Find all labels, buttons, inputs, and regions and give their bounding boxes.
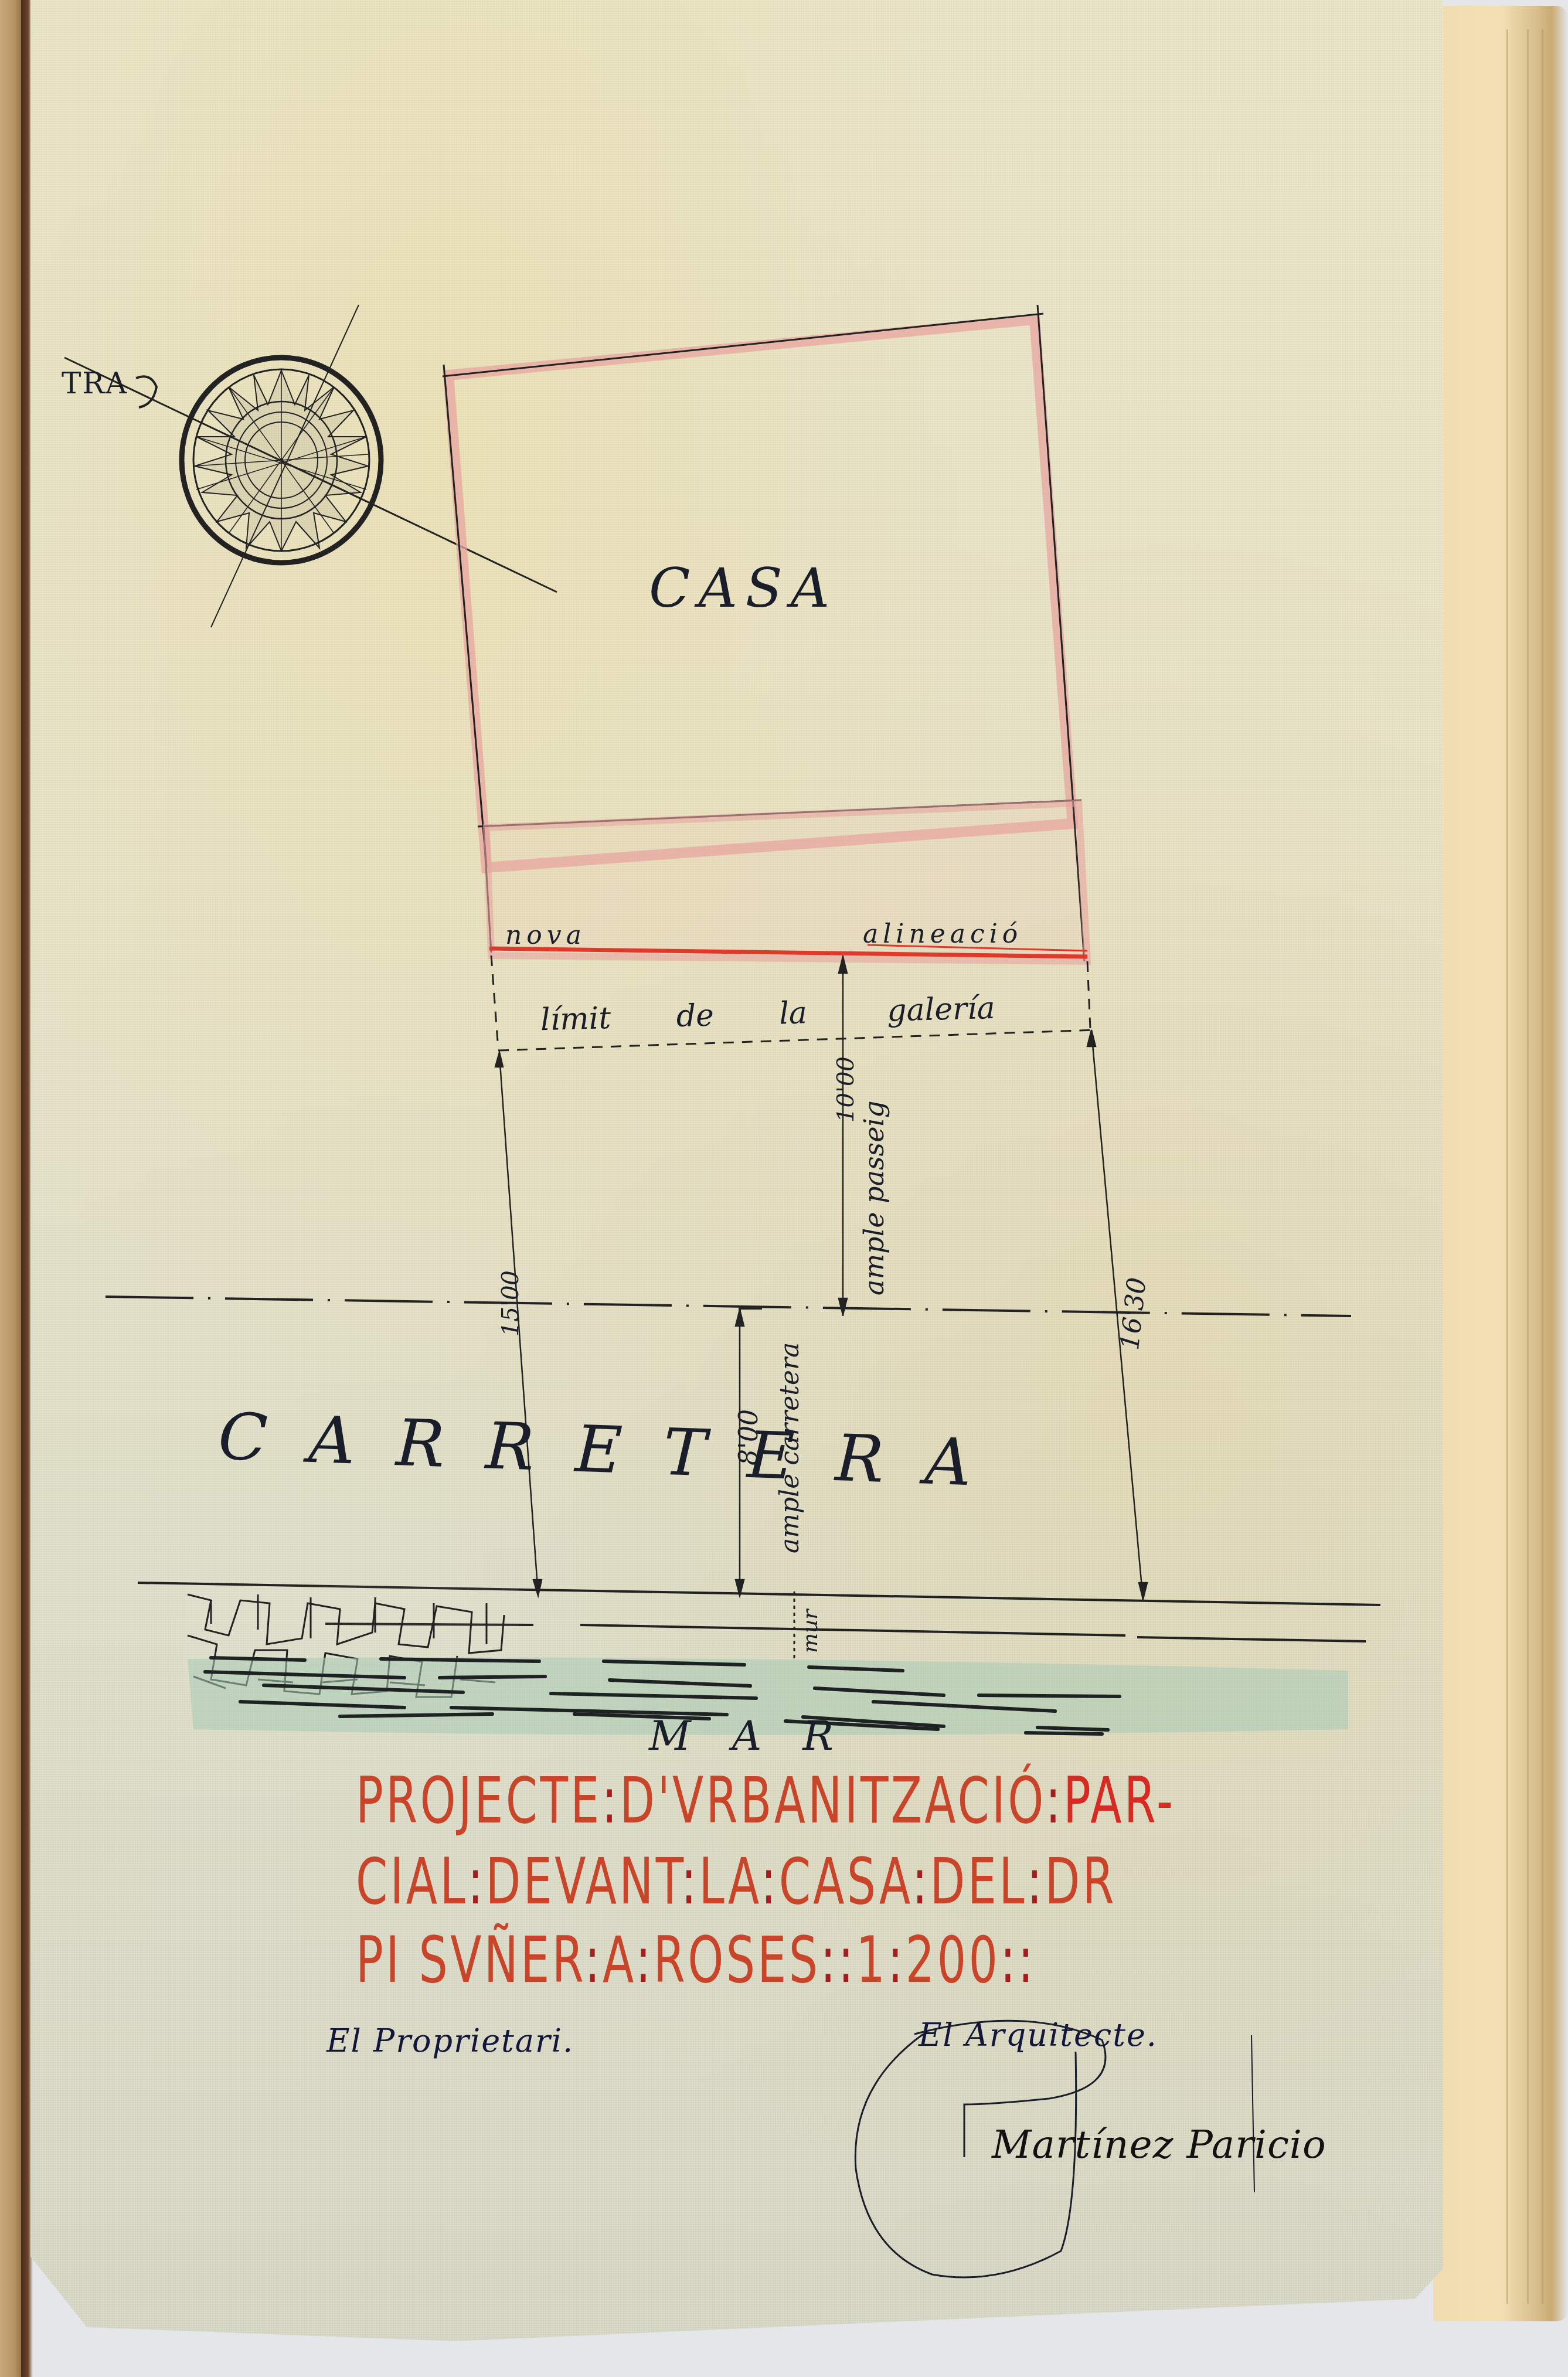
plan-sheet: TRA CASA nova alineació límit de la gale… (30, 0, 1443, 2351)
page-edge-line (1506, 29, 1508, 2304)
architect-signature-flourish (30, 0, 1443, 2351)
page-edge-line (1527, 29, 1529, 2304)
page-edge-line (1542, 29, 1543, 2304)
previous-page-edge (0, 0, 23, 2377)
architect-signature: Martínez Paricio (992, 2122, 1326, 2167)
page-stack-edge (1433, 6, 1568, 2321)
